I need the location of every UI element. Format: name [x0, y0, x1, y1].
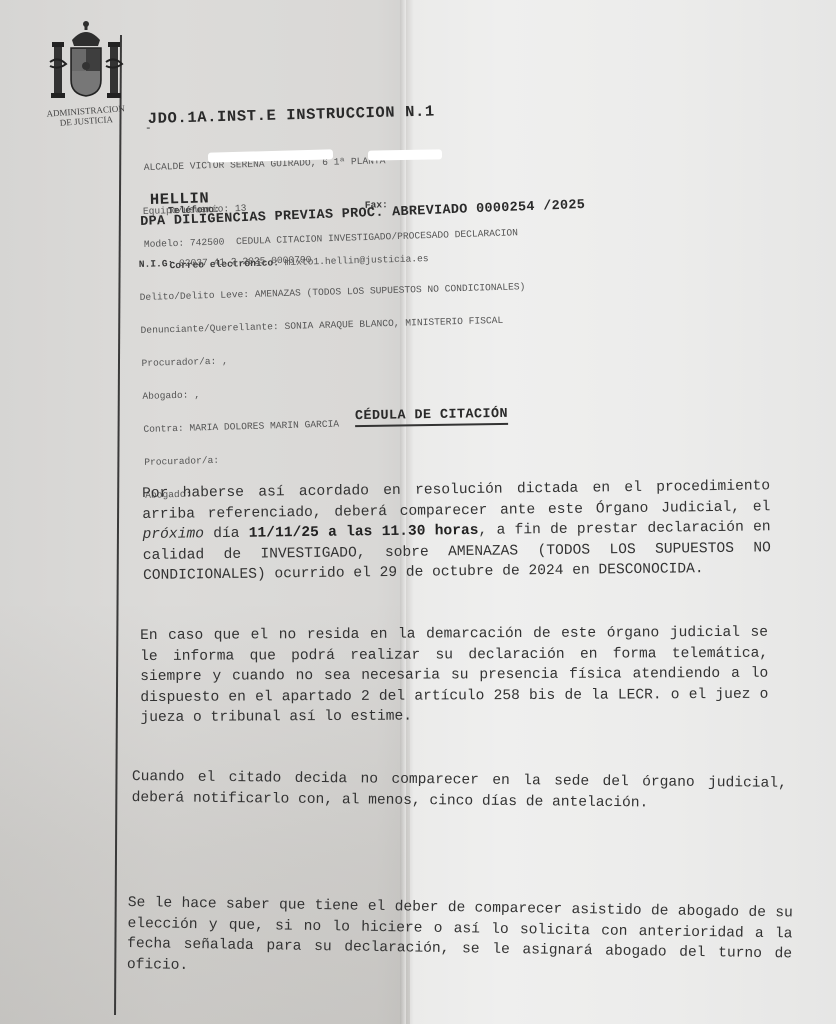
denunciante-line: Denunciante/Querellante: SONIA ARAQUE BL… [140, 314, 526, 336]
abogado-value: , [194, 389, 200, 400]
p1-italic: próximo [143, 526, 205, 543]
paragraph-lawyer: Se le hace saber que tiene el deber de c… [127, 893, 793, 985]
delito-value: AMENAZAS (TODOS LOS SUPUESTOS NO CONDICI… [255, 281, 526, 300]
abogado-label: Abogado: [142, 390, 188, 402]
contra-label: Contra: [143, 423, 184, 435]
p1-text-b: día [204, 526, 249, 543]
delito-line: Delito/Delito Leve: AMENAZAS (TODOS LOS … [140, 281, 526, 303]
fax-redaction [368, 149, 442, 160]
parties-block: N.I.G: 02037 41 2 2025 0000790 Delito/De… [138, 226, 531, 512]
nig-line: N.I.G: 02037 41 2 2025 0000790 [139, 248, 525, 270]
procurador-line-2: Procurador/a: [144, 446, 530, 468]
separator-dash: - [145, 123, 152, 135]
nig-value: 02037 41 2 2025 0000790 [179, 254, 312, 269]
procurador-label-2: Procurador/a: [144, 455, 219, 468]
p1-text-a: Por haberse así acordado en resolución d… [142, 478, 770, 522]
procurador-value: , [222, 356, 228, 367]
delito-label: Delito/Delito Leve: [140, 289, 250, 303]
court-name: JDO.1A.INST.E INSTRUCCION N.1 [147, 98, 435, 133]
procurador-label: Procurador/a: [141, 356, 216, 369]
nig-label: N.I.G: [139, 258, 174, 270]
spain-coat-of-arms-icon [46, 18, 126, 104]
ministry-logo: ADMINISTRACION DE JUSTICIA [38, 18, 134, 126]
paragraph-telematic: En caso que el no resida en la demarcaci… [140, 623, 769, 729]
paragraph-notice: Cuando el citado decida no comparecer en… [132, 767, 787, 815]
margin-rule [114, 35, 122, 1015]
abogado-line-1: Abogado: , [142, 380, 528, 402]
denunciante-value: SONIA ARAQUE BLANCO, MINISTERIO FISCAL [284, 315, 503, 332]
procurador-line-1: Procurador/a: , [141, 347, 527, 369]
document-title: CÉDULA DE CITACIÓN [355, 407, 508, 427]
denunciante-label: Denunciante/Querellante: [140, 321, 278, 336]
appointment-datetime: 11/11/25 a las 11.30 horas [249, 523, 479, 542]
paragraph-citation: Por haberse así acordado en resolución d… [142, 476, 771, 586]
contra-value: MARIA DOLORES MARIN GARCIA [189, 418, 339, 433]
logo-text: ADMINISTRACION DE JUSTICIA [37, 103, 134, 130]
